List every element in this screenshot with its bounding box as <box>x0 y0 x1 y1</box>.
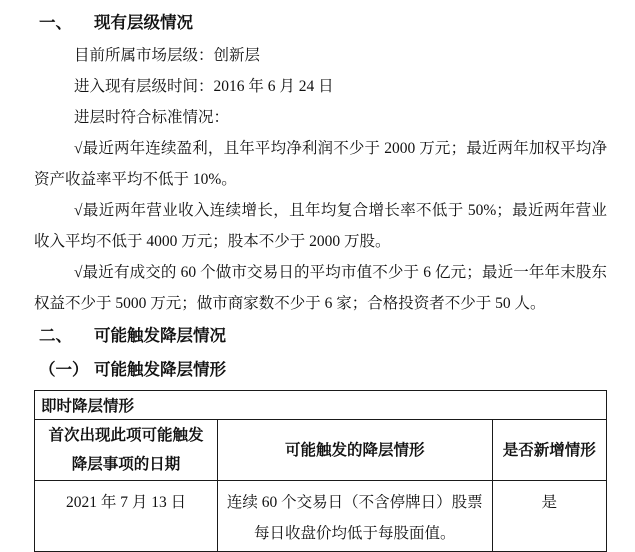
table-cell-scenario: 连续 60 个交易日（不含停牌日）股票每日收盘价均低于每股面值。 <box>218 481 493 552</box>
section2-subheading-title: 可能触发降层情形 <box>94 353 226 387</box>
entry-standards-label: 进层时符合标准情况： <box>34 102 607 133</box>
table-header-is-new: 是否新增情形 <box>492 420 606 481</box>
table-cell-is-new: 是 <box>492 481 606 552</box>
table-header-row: 首次出现此项可能触发降层事项的日期 可能触发的降层情形 是否新增情形 <box>35 420 607 481</box>
document-page: 一、 现有层级情况 目前所属市场层级：创新层 进入现有层级时间：2016 年 6… <box>0 0 635 552</box>
entry-criterion-profit: √最近两年连续盈利，且年平均净利润不少于 2000 万元；最近两年加权平均净资产… <box>34 133 607 195</box>
section2-heading: 二、 可能触发降层情况 <box>34 319 607 353</box>
entry-criterion-revenue: √最近两年营业收入连续增长，且年均复合增长率不低于 50%；最近两年营业收入平均… <box>34 195 607 257</box>
section1-heading-number: 一、 <box>39 6 94 40</box>
section2-heading-title: 可能触发降层情况 <box>94 319 226 353</box>
section1-heading-title: 现有层级情况 <box>94 6 193 40</box>
section2-subheading: （一） 可能触发降层情形 <box>34 353 607 387</box>
table-caption-row: 即时降层情形 <box>35 391 607 420</box>
table-header-trigger-scenario: 可能触发的降层情形 <box>218 420 493 481</box>
entry-criterion-marketcap: √最近有成交的 60 个做市交易日的平均市值不少于 6 亿元；最近一年年末股东权… <box>34 257 607 319</box>
table-caption: 即时降层情形 <box>35 391 607 420</box>
tier-entry-date-line: 进入现有层级时间：2016 年 6 月 24 日 <box>34 71 607 102</box>
section2-subheading-number: （一） <box>39 353 94 387</box>
section2-heading-number: 二、 <box>39 319 94 353</box>
current-market-tier-line: 目前所属市场层级：创新层 <box>34 40 607 71</box>
table-data-row: 2021 年 7 月 13 日 连续 60 个交易日（不含停牌日）股票每日收盘价… <box>35 481 607 552</box>
section1-heading: 一、 现有层级情况 <box>34 6 607 40</box>
table-cell-date: 2021 年 7 月 13 日 <box>35 481 218 552</box>
immediate-demotion-table: 即时降层情形 首次出现此项可能触发降层事项的日期 可能触发的降层情形 是否新增情… <box>34 390 607 552</box>
table-header-first-date: 首次出现此项可能触发降层事项的日期 <box>35 420 218 481</box>
